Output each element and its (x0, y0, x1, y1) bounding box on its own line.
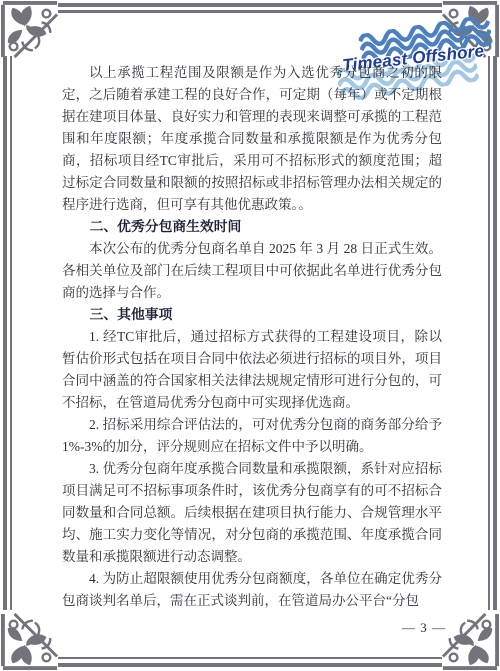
section-heading-3: 三、其他事项 (62, 304, 442, 326)
floral-corner-ornament-icon (441, 612, 499, 670)
frame-bottom-inner-line (58, 657, 442, 659)
frame-left-inner-line (10, 56, 12, 610)
list-item-2: 2. 招标采用综合评估法的，可对优秀分包商的商务部分给予1%-3%的加分，评分规… (62, 414, 442, 458)
page-number: — 3 — (0, 620, 446, 636)
list-item-3: 3. 优秀分包商年度承揽合同数量和承揽限额，系针对应招标项目满足可不招标事项条件… (62, 458, 442, 568)
frame-top-inner-line (58, 10, 442, 13)
list-item-4: 4. 为防止超限额使用优秀分包商额度，各单位在确定优秀分包商谈判名单后，需在正式… (62, 568, 442, 612)
paragraph-section2: 本次公布的优秀分包商名单自 2025 年 3 月 28 日正式生效。各相关单位及… (62, 238, 442, 304)
document-body: 以上承揽工程范围及限额是作为入选优秀分包商之初的限定，之后随着承建工程的良好合作… (62, 62, 442, 612)
list-item-1: 1. 经TC审批后，通过招标方式获得的工程建设项目，除以暂估价形式包括在项目合同… (62, 326, 442, 414)
frame-bottom-outer-line (58, 663, 442, 667)
frame-top-outer-line (58, 3, 442, 7)
frame-right-outer-line (493, 56, 497, 610)
frame-left-outer-line (3, 56, 7, 610)
frame-right-inner-line (488, 56, 490, 610)
document-page: Timeast Offshore 以上承揽工程范围及限额是作为入选优秀分包商之初… (0, 0, 500, 671)
section-heading-2: 二、优秀分包商生效时间 (62, 216, 442, 238)
floral-corner-ornament-icon (1, 1, 59, 59)
paragraph-intro: 以上承揽工程范围及限额是作为入选优秀分包商之初的限定，之后随着承建工程的良好合作… (62, 62, 442, 216)
